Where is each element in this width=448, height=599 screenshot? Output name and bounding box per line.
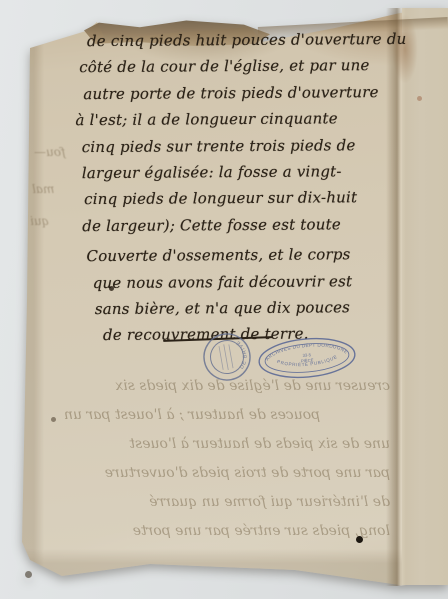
manuscript-line: de largeur); Cette fosse est toute (72, 211, 412, 240)
paper-specks (0, 0, 3, 3)
bleedthrough-line: de l'intérieur qui forme un quarré (34, 488, 390, 517)
bleedthrough-line: long, pieds sur entrée par une porte (34, 517, 390, 546)
bleedthrough-line: par une porte de trois pieds d'ouverture (34, 459, 390, 488)
margin-bleed-fragment: fou— (34, 145, 65, 159)
manuscript-line: cinq pieds sur trente trois pieds de (72, 131, 412, 160)
manuscript-line: côté de la cour de l'église, et par une (71, 52, 411, 81)
bleedthrough-line: creuser une de l'église de dix pieds six (34, 372, 390, 401)
paper-sheet: de cinq pieds huit pouces d'ouverture du… (0, 0, 448, 599)
manuscript-line: largeur égalisée: la fosse a vingt- (72, 158, 412, 187)
margin-bleed-fragment: qui (30, 214, 49, 228)
manuscript-line: sans bière, et n'a que dix pouces (73, 294, 413, 323)
manuscript-line: à l'est; il a de longueur cinquante (71, 105, 411, 134)
manuscript-line: de cinq pieds huit pouces d'ouverture du (71, 26, 411, 55)
photo-of-manuscript: de cinq pieds huit pouces d'ouverture du… (0, 0, 448, 599)
bleedthrough-line: une de six pieds de hauteur à l'ouest (34, 430, 390, 459)
bleedthrough-line: pouces de hauteur ; à l'ouest par un (34, 401, 390, 430)
manuscript-text: de cinq pieds huit pouces d'ouverture du… (71, 26, 413, 349)
manuscript-line: cinq pieds de longueur sur dix-huit (72, 184, 412, 213)
manuscript-line: Couverte d'ossements, et le corps (72, 241, 412, 270)
manuscript-line: que nous avons fait découvrir est (73, 267, 413, 296)
manuscript-line: autre porte de trois pieds d'ouverture (71, 79, 411, 108)
verso-bleedthrough: creuser une de l'église de dix pieds six… (34, 372, 390, 546)
margin-bleed-fragment: mal (32, 182, 54, 196)
